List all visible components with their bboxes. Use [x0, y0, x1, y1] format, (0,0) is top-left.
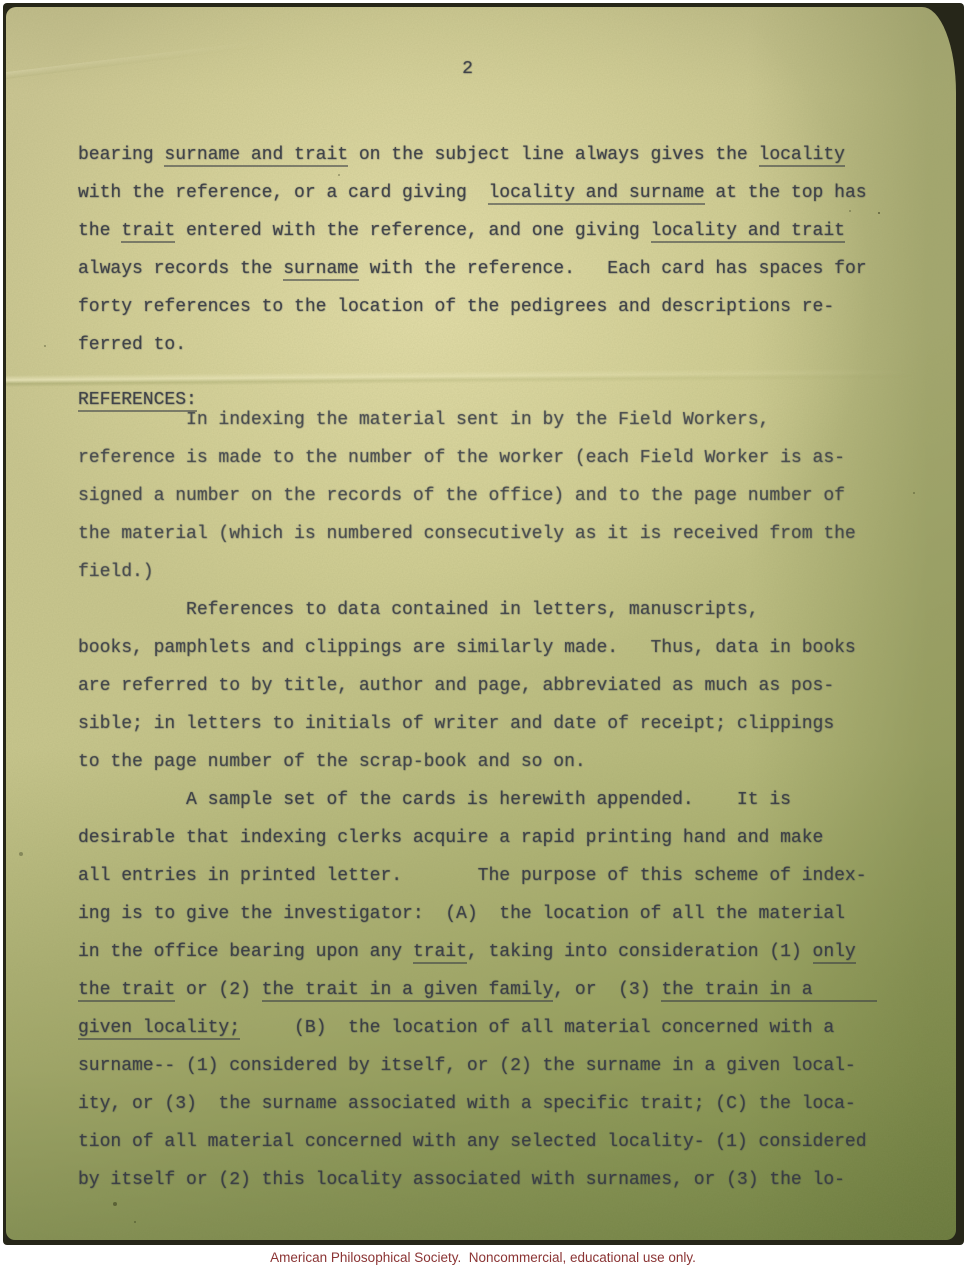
- typewritten-line: In indexing the material sent in by the …: [78, 401, 856, 439]
- typewritten-line: to the page number of the scrap-book and…: [78, 743, 856, 781]
- typewritten-line: signed a number on the records of the of…: [78, 477, 856, 515]
- scanned-document-photo: 2 bearing surname and trait on the subje…: [0, 0, 966, 1247]
- typewritten-line: surname-- (1) considered by itself, or (…: [78, 1047, 877, 1085]
- typewritten-line: bearing surname and trait on the subject…: [78, 136, 867, 174]
- typewritten-line: are referred to by title, author and pag…: [78, 667, 856, 705]
- para-3: References to data contained in letters,…: [78, 591, 856, 781]
- typewritten-line: with the reference, or a card giving loc…: [78, 174, 867, 212]
- typewritten-line: sible; in letters to initials of writer …: [78, 705, 856, 743]
- typewritten-line: by itself or (2) this locality associate…: [78, 1161, 877, 1199]
- typewritten-line: desirable that indexing clerks acquire a…: [78, 819, 877, 857]
- typewritten-line: books, pamphlets and clippings are simil…: [78, 629, 856, 667]
- attribution-text: American Philosophical Society. Noncomme…: [270, 1250, 696, 1265]
- typewritten-line: forty references to the location of the …: [78, 288, 867, 326]
- typewritten-line: the trait entered with the reference, an…: [78, 212, 867, 250]
- typewritten-line: reference is made to the number of the w…: [78, 439, 856, 477]
- typewritten-line: ity, or (3) the surname associated with …: [78, 1085, 877, 1123]
- typewritten-line: ing is to give the investigator: (A) the…: [78, 895, 877, 933]
- typewritten-line: always records the surname with the refe…: [78, 250, 867, 288]
- para-2: In indexing the material sent in by the …: [78, 401, 856, 591]
- page-number: 2: [0, 59, 936, 79]
- typewritten-line: A sample set of the cards is herewith ap…: [78, 781, 877, 819]
- para-1: bearing surname and trait on the subject…: [78, 136, 867, 364]
- typewritten-line: given locality; (B) the location of all …: [78, 1009, 877, 1047]
- typewritten-line: the trait or (2) the trait in a given fa…: [78, 971, 877, 1009]
- typewritten-line: the material (which is numbered consecut…: [78, 515, 856, 553]
- typewritten-line: all entries in printed letter. The purpo…: [78, 857, 877, 895]
- typewritten-line: tion of all material concerned with any …: [78, 1123, 877, 1161]
- attribution-footer: American Philosophical Society. Noncomme…: [0, 1247, 966, 1272]
- typewritten-text-layer: 2 bearing surname and trait on the subje…: [0, 0, 966, 1247]
- typewritten-line: References to data contained in letters,…: [78, 591, 856, 629]
- para-4: A sample set of the cards is herewith ap…: [78, 781, 877, 1199]
- typewritten-line: in the office bearing upon any trait, ta…: [78, 933, 877, 971]
- typewritten-line: field.): [78, 553, 856, 591]
- typewritten-line: ferred to.: [78, 326, 867, 364]
